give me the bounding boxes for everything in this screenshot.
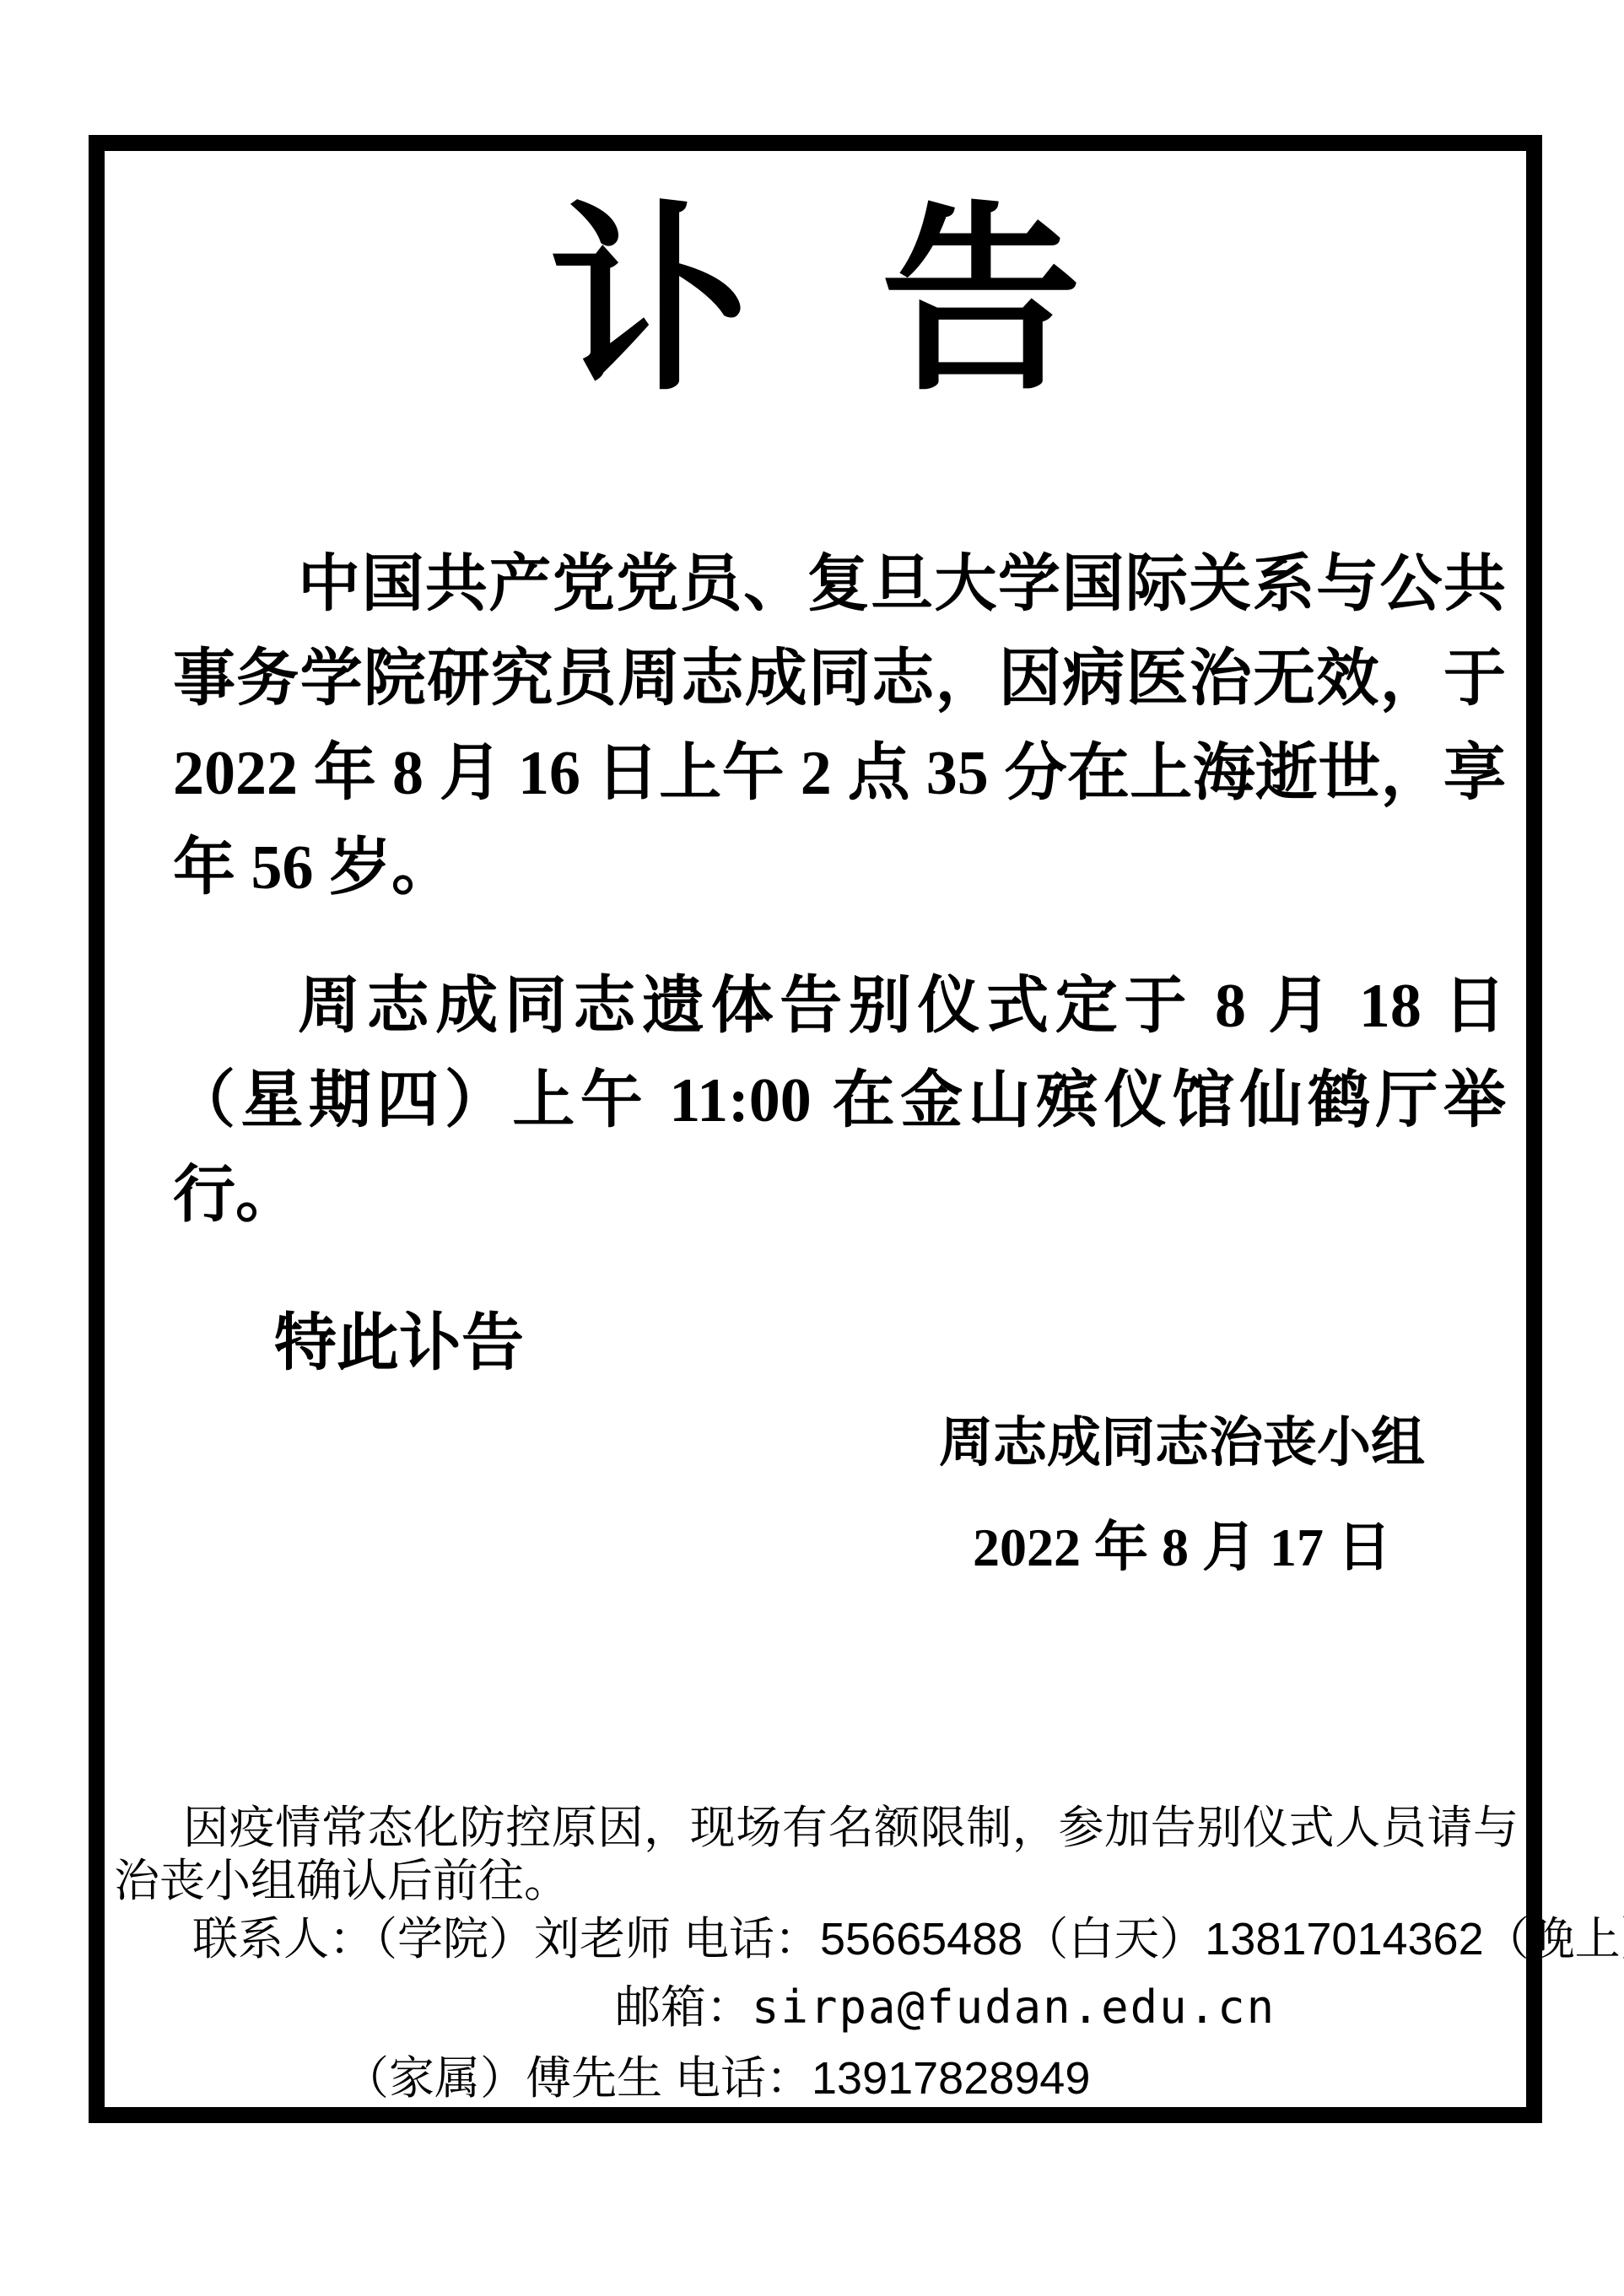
border-frame: 讣告 中国共产党党员、复旦大学国际关系与公共事务学院研究员周志成同志，因病医治无…	[89, 135, 1542, 2123]
paragraph-ceremony-info: 周志成同志遗体告别仪式定于 8 月 18 日（星期四）上午 11:00 在金山殡…	[173, 959, 1506, 1242]
closing-statement: 特此讣告	[173, 1296, 1506, 1391]
paragraph-death-announcement: 中国共产党党员、复旦大学国际关系与公共事务学院研究员周志成同志，因病医治无效，于…	[173, 537, 1506, 915]
contact-school-line: 联系人：（学院）刘老师 电话：55665488（白天）13817014362（晚…	[114, 1913, 1519, 1966]
announcement-body: 中国共产党党员、复旦大学国际关系与公共事务学院研究员周志成同志，因病医治无效，于…	[173, 537, 1506, 1391]
email-address: sirpa@fudan.edu.cn	[752, 1981, 1276, 2034]
contact-email-line: 邮箱：sirpa@fudan.edu.cn	[114, 1981, 1519, 2035]
frame-content: 讣告 中国共产党党员、复旦大学国际关系与公共事务学院研究员周志成同志，因病医治无…	[105, 151, 1526, 2107]
signature-block: 周志成同志治丧小组 2022 年 8 月 17 日	[939, 1411, 1425, 1580]
signature-group-name: 周志成同志治丧小组	[939, 1411, 1425, 1475]
contact-family-line: （家属）傅先生 电话：13917828949	[114, 2052, 1519, 2105]
signature-date: 2022 年 8 月 17 日	[939, 1516, 1425, 1580]
obituary-page: 讣告 中国共产党党员、复旦大学国际关系与公共事务学院研究员周志成同志，因病医治无…	[0, 0, 1624, 2296]
footnotes-section: 因疫情常态化防控原因，现场有名额限制，参加告别仪式人员请与治丧小组确认后前往。 …	[114, 1802, 1519, 2105]
covid-restriction-note: 因疫情常态化防控原因，现场有名额限制，参加告别仪式人员请与治丧小组确认后前往。	[114, 1802, 1519, 1908]
email-label: 邮箱：	[615, 1982, 752, 2033]
page-title: 讣告	[105, 203, 1526, 404]
